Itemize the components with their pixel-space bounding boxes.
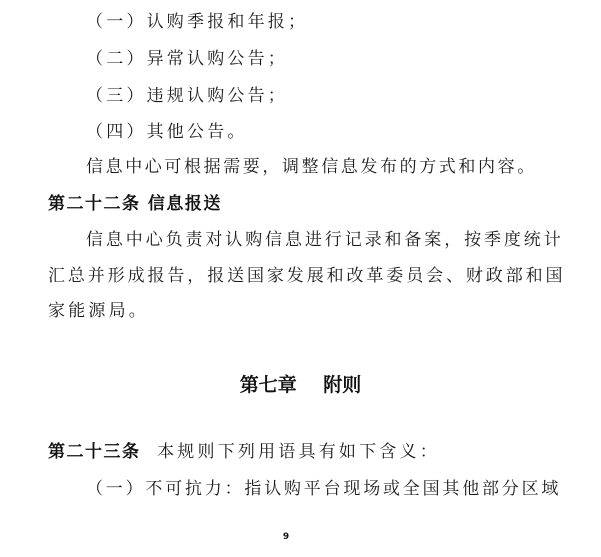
article-23: 第二十三条 本规则下列用语具有如下含义：: [48, 442, 440, 462]
list-item-other-announcement: （四）其他公告。: [86, 122, 248, 142]
article-22-line-3: 家能源局。: [48, 301, 149, 321]
page-number: 9: [0, 532, 572, 542]
chapter-title: 第七章 附则: [0, 370, 601, 397]
list-item-violation-announcement: （三）违规认购公告；: [86, 86, 288, 106]
article-23-text: 本规则下列用语具有如下含义：: [157, 442, 440, 462]
article-23-heading: 第二十三条: [48, 442, 141, 462]
list-item-abnormal-announcement: （二）异常认购公告；: [86, 49, 288, 69]
list-item-quarterly-annual-report: （一）认购季报和年报；: [86, 12, 308, 32]
article-22-line-1: 信息中心负责对认购信息进行记录和备案，按季度统计: [86, 230, 564, 250]
article-23-item-1: （一）不可抗力：指认购平台现场或全国其他部分区域: [86, 479, 561, 499]
article-22-line-2: 汇总并形成报告，报送国家发展和改革委员会、财政部和国: [48, 266, 565, 286]
article-22-heading: 第二十二条 信息报送: [48, 194, 222, 214]
paragraph-adjust-publication: 信息中心可根据需要，调整信息发布的方式和内容。: [86, 157, 537, 177]
